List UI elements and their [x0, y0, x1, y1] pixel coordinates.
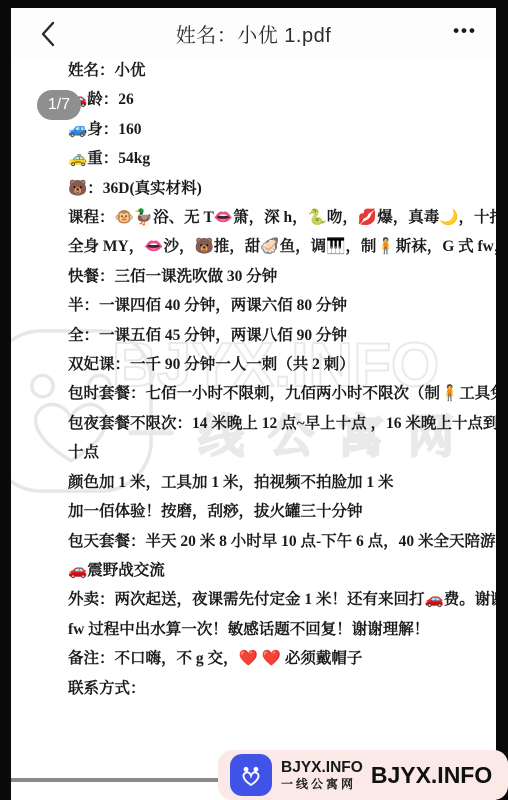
document-line: 🚗龄：26 — [68, 85, 495, 114]
document-line: 全：一课五佰 45 分钟，两课八佰 90 分钟 — [68, 321, 495, 350]
document-line: 全身 MY，👄沙，🐻推，甜🦪鱼，调🎹，制🧍斯袜，G 式 fw，带🎩pp — [68, 232, 495, 261]
bjyx-app-icon — [230, 754, 272, 796]
badge-brand-text: BJYX.INFO — [371, 762, 492, 789]
document-title: 姓名：小优 1.pdf — [71, 8, 436, 58]
badge-site-url: BJYX.INFO — [281, 759, 363, 777]
document-line: 加一佰体验！按磨，刮痧，拔火罐三十分钟 — [68, 497, 495, 526]
document-content: 姓名：小优🚗龄：26🚙身：160🚕重：54kg🐻：36D(真实材料)课程：🐵🦆浴… — [68, 56, 495, 703]
page-indicator-badge: 1/7 — [37, 90, 81, 120]
badge-site-name: 一线公寓网 — [281, 777, 363, 791]
document-line: 包天套餐：半天 20 米 8 小时早 10 点-下午 6 点，40 米全天陪游可… — [68, 527, 495, 556]
document-line: 包夜套餐不限次：14 米晚上 12 点~早上十点 ，16 米晚上十点到早上 — [68, 409, 495, 438]
document-line: fw 过程中出水算一次！敏感话题不回复！谢谢理解！ — [68, 615, 495, 644]
document-line: 联系方式： — [68, 674, 495, 703]
smiley-heart-face-icon — [234, 758, 268, 792]
document-line: 半：一课四佰 40 分钟，两课六佰 80 分钟 — [68, 291, 495, 320]
screen-border-left — [0, 0, 11, 800]
badge-text-block: BJYX.INFO 一线公寓网 — [281, 759, 363, 791]
screen-border-top — [0, 0, 508, 8]
document-line: 课程：🐵🦆浴、无 T👄箫，深 h，🐍吻，💋爆，真毒🌙，十指🈯 弹🎹， — [68, 203, 495, 232]
document-line: 包时套餐：七佰一小时不限刺，九佰两小时不限次（制🧍工具免费） — [68, 379, 495, 408]
document-line: 🚕重：54kg — [68, 144, 495, 173]
ellipsis-icon: ••• — [453, 21, 477, 40]
document-line: 快餐：三佰一课洗吹做 30 分钟 — [68, 262, 495, 291]
document-line: 双妃课：一千 90 分钟一人一刺（共 2 刺） — [68, 350, 495, 379]
scroll-progress-line — [11, 778, 226, 782]
document-line: 十点 — [68, 438, 495, 467]
bjyx-brand-badge: BJYX.INFO 一线公寓网 BJYX.INFO — [218, 750, 508, 800]
back-chevron-icon — [40, 21, 56, 47]
app-header: 姓名：小优 1.pdf ••• — [11, 8, 496, 58]
screen-border-right — [496, 0, 508, 800]
pdf-viewer-screen: 姓名：小优 1.pdf ••• 1/7 BJYX.INFO 一线公寓网 姓名：小… — [0, 0, 508, 800]
back-button[interactable] — [33, 19, 63, 49]
document-line: 姓名：小优 — [68, 56, 495, 85]
document-line: 外卖：两次起送，夜课需先付定金 1 米！还有来回打🚗费。谢谢理解 — [68, 585, 495, 614]
document-line: 🚗震野战交流 — [68, 556, 495, 585]
document-line: 备注：不口嗨，不 g 交，❤️ ❤️ 必须戴帽子 — [68, 644, 495, 673]
more-options-button[interactable]: ••• — [444, 14, 486, 48]
document-line: 🚙身：160 — [68, 115, 495, 144]
document-line: 🐻：36D(真实材料) — [68, 174, 495, 203]
document-line: 颜色加 1 米，工具加 1 米，拍视频不拍脸加 1 米 — [68, 468, 495, 497]
